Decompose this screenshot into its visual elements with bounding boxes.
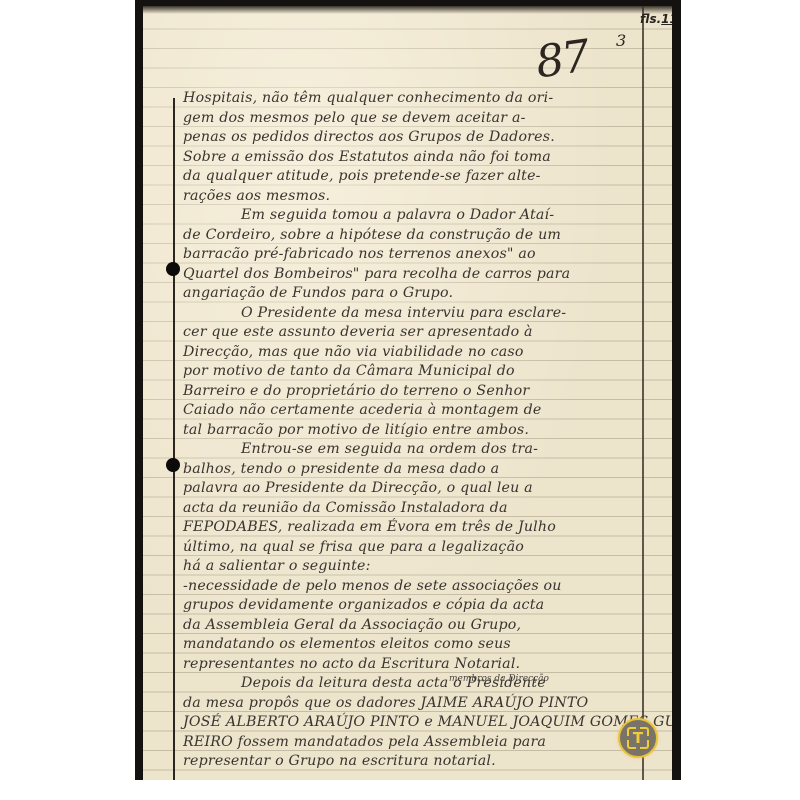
text-line: representantes no acto da Escritura Nota… — [183, 655, 643, 675]
text-line: representar o Grupo na escritura notaria… — [183, 752, 643, 772]
text-line: Direcção, mas que não via viabilidade no… — [183, 343, 643, 363]
text-line: acta da reunião da Comissão Instaladora … — [183, 499, 643, 519]
text-line: Caiado não certamente acederia à montage… — [183, 401, 643, 421]
scan-corner-icon — [640, 740, 649, 749]
folio-number: 11 — [661, 12, 672, 26]
text-line: último, na qual se frisa que para a lega… — [183, 538, 643, 558]
handwritten-text: Hospitais, não têm qualquer conhecimento… — [183, 89, 643, 772]
page-number-small: 3 — [616, 31, 626, 50]
text-line: palavra ao Presidente da Direcção, o qua… — [183, 479, 643, 499]
text-line: angariação de Fundos para o Grupo. — [183, 284, 643, 304]
document-page: fls.11. 87 3 membros da Direcção Hospita… — [143, 6, 672, 780]
text-line: FEPODABES, realizada em Évora em três de… — [183, 518, 643, 538]
text-line: Hospitais, não têm qualquer conhecimento… — [183, 89, 643, 109]
text-line: -necessidade de pelo menos de sete assoc… — [183, 577, 643, 597]
text-line: gem dos mesmos pelo que se devem aceitar… — [183, 109, 643, 129]
text-line: da mesa propôs que os dadores JAIME ARAÚ… — [183, 694, 643, 714]
scan-corner-icon — [640, 727, 649, 736]
folio-label: fls. — [640, 12, 661, 26]
text-line: Depois da leitura desta acta o President… — [183, 674, 643, 694]
text-line: mandatando os elementos eleitos como seu… — [183, 635, 643, 655]
text-recognition-button[interactable]: T — [618, 718, 658, 758]
text-line: balhos, tendo o presidente da mesa dado … — [183, 460, 643, 480]
text-line: grupos devidamente organizados e cópia d… — [183, 596, 643, 616]
text-line: por motivo de tanto da Câmara Municipal … — [183, 362, 643, 382]
text-line: JOSÉ ALBERTO ARAÚJO PINTO e MANUEL JOAQU… — [183, 713, 643, 733]
text-line: tal barracão por motivo de litígio entre… — [183, 421, 643, 441]
text-line: Entrou-se em seguida na ordem dos tra- — [183, 440, 643, 460]
text-line: Em seguida tomou a palavra o Dador Ataí- — [183, 206, 643, 226]
text-line: há a salientar o seguinte: — [183, 557, 643, 577]
text-line: cer que este assunto deveria ser apresen… — [183, 323, 643, 343]
text-line: O Presidente da mesa interviu para escla… — [183, 304, 643, 324]
text-line: REIRO fossem mandatados pela Assembleia … — [183, 733, 643, 753]
page-number-large: 87 — [533, 31, 592, 89]
page-top-shadow — [143, 6, 672, 14]
text-line: rações aos mesmos. — [183, 187, 643, 207]
text-line: Sobre a emissão dos Estatutos ainda não … — [183, 148, 643, 168]
scan-corner-icon — [627, 727, 636, 736]
text-line: de Cordeiro, sobre a hipótese da constru… — [183, 226, 643, 246]
text-line: penas os pedidos directos aos Grupos de … — [183, 128, 643, 148]
scan-corner-icon — [627, 740, 636, 749]
punch-hole-lower — [166, 458, 180, 472]
text-line: Barreiro e do proprietário do terreno o … — [183, 382, 643, 402]
text-line: barracão pré-fabricado nos terrenos anex… — [183, 245, 643, 265]
text-line: da Assembleia Geral da Associação ou Gru… — [183, 616, 643, 636]
text-line: Quartel dos Bombeiros" para recolha de c… — [183, 265, 643, 285]
punch-hole-upper — [166, 262, 180, 276]
folio-marker: fls.11. — [640, 12, 672, 26]
left-margin-line — [173, 98, 175, 780]
text-line: da qualquer atitude, pois pretende-se fa… — [183, 167, 643, 187]
